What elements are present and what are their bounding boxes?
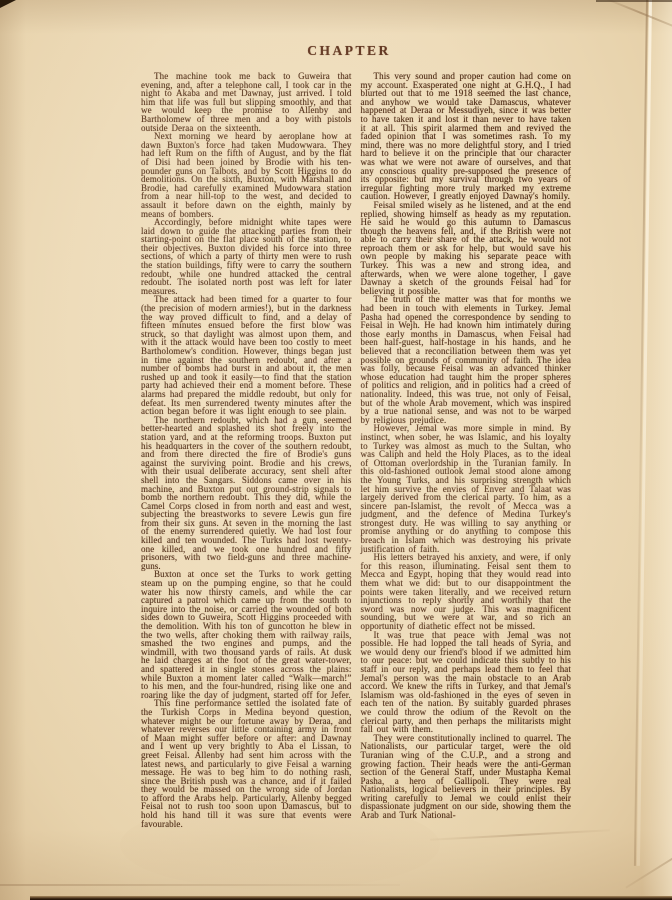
paragraph: They were constitutionally inclined to q… <box>361 734 572 820</box>
paragraph: Next morning we heard by aeroplane how a… <box>141 132 352 218</box>
page-edge-top-right <box>596 0 672 2</box>
paper-crease-bottom <box>0 884 400 886</box>
paragraph: However, Jemal was more simple in mind. … <box>361 424 572 553</box>
paragraph: The northern redoubt, which had a gun, s… <box>141 416 352 571</box>
paragraph: Feisal smiled wisely as he listened, and… <box>361 201 572 296</box>
page-edge-bottom <box>30 896 672 900</box>
paragraph: Accordingly, before midnight white tapes… <box>141 218 352 295</box>
chapter-heading: CHAPTER <box>141 44 557 58</box>
scanned-page-photo: CHAPTER The machine took me back to Guwe… <box>0 0 672 900</box>
paragraph: His letters betrayed his anxiety, and we… <box>361 553 572 630</box>
paragraph: This very sound and proper caution had c… <box>361 72 572 201</box>
paper-shading-left <box>0 0 26 900</box>
paragraph: The machine took me back to Guweira that… <box>141 72 352 132</box>
printed-text-block: CHAPTER The machine took me back to Guwe… <box>141 44 571 828</box>
text-column-right: This very sound and proper caution had c… <box>361 72 572 828</box>
paragraph: It was true that peace with Jemal was no… <box>361 631 572 734</box>
paragraph: This fine performance settled the isolat… <box>141 699 352 828</box>
paragraph: Buxton at once set the Turks to work get… <box>141 570 352 699</box>
paragraph: The attack had been timed for a quarter … <box>141 295 352 415</box>
two-column-layout: The machine took me back to Guweira that… <box>141 72 571 828</box>
paragraph: The truth of the matter was that for mon… <box>361 295 572 424</box>
text-column-left: The machine took me back to Guweira that… <box>141 72 352 828</box>
paper-shading-top <box>0 0 672 34</box>
